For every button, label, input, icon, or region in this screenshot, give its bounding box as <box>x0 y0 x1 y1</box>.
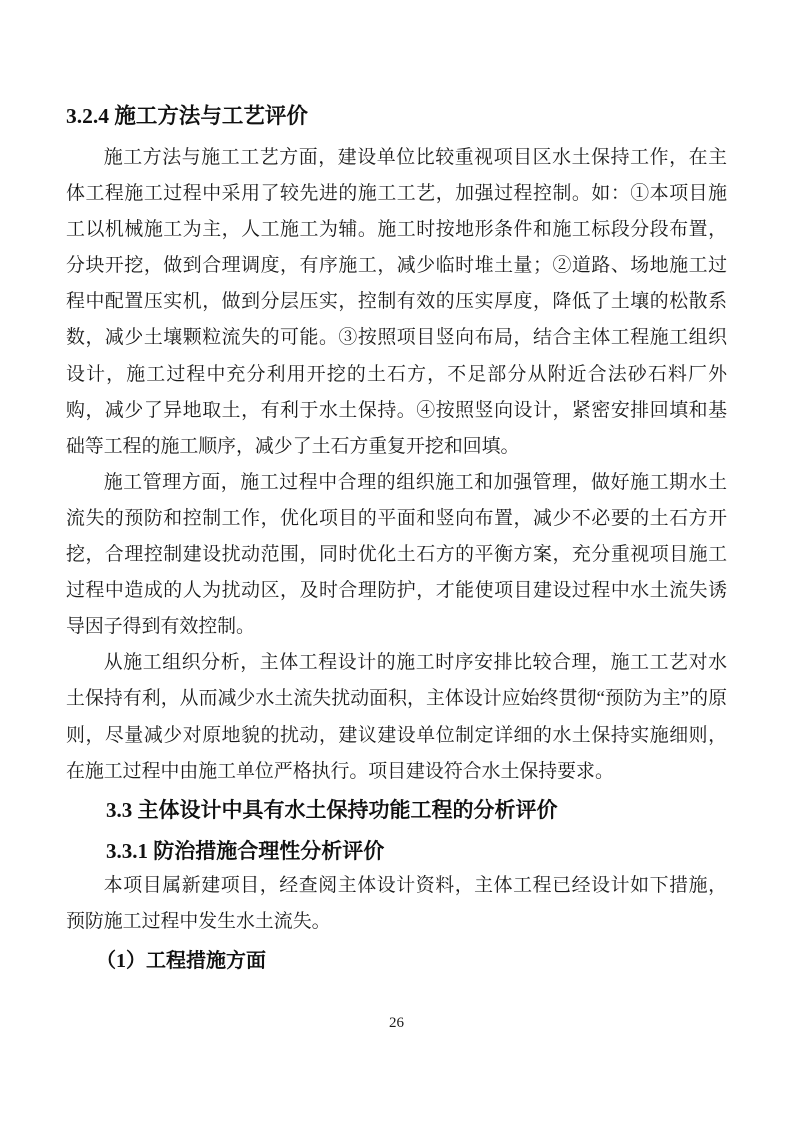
document-page: 3.2.4 施工方法与工艺评价 施工方法与施工工艺方面，建设单位比较重视项目区水… <box>0 0 793 1122</box>
paragraph-construction-management: 施工管理方面，施工过程中合理的组织施工和加强管理，做好施工期水土流失的预防和控制… <box>66 465 727 645</box>
page-number: 26 <box>0 1013 793 1033</box>
paragraph-construction-organization: 从施工组织分析，主体工程设计的施工时序安排比较合理，施工工艺对水土保持有利，从而… <box>66 645 727 789</box>
heading-item-engineering-measures: （1）工程措施方面 <box>66 945 727 977</box>
heading-section-3-2-4: 3.2.4 施工方法与工艺评价 <box>66 103 727 129</box>
heading-section-3-3-1: 3.3.1 防治措施合理性分析评价 <box>66 834 727 868</box>
paragraph-new-project-measures: 本项目属新建项目，经查阅主体设计资料，主体工程已经设计如下措施，预防施工过程中发… <box>66 868 727 940</box>
page-content: 3.2.4 施工方法与工艺评价 施工方法与施工工艺方面，建设单位比较重视项目区水… <box>66 0 727 977</box>
heading-section-3-3: 3.3 主体设计中具有水土保持功能工程的分析评价 <box>66 793 727 827</box>
paragraph-construction-methods: 施工方法与施工工艺方面，建设单位比较重视项目区水土保持工作，在主体工程施工过程中… <box>66 140 727 465</box>
